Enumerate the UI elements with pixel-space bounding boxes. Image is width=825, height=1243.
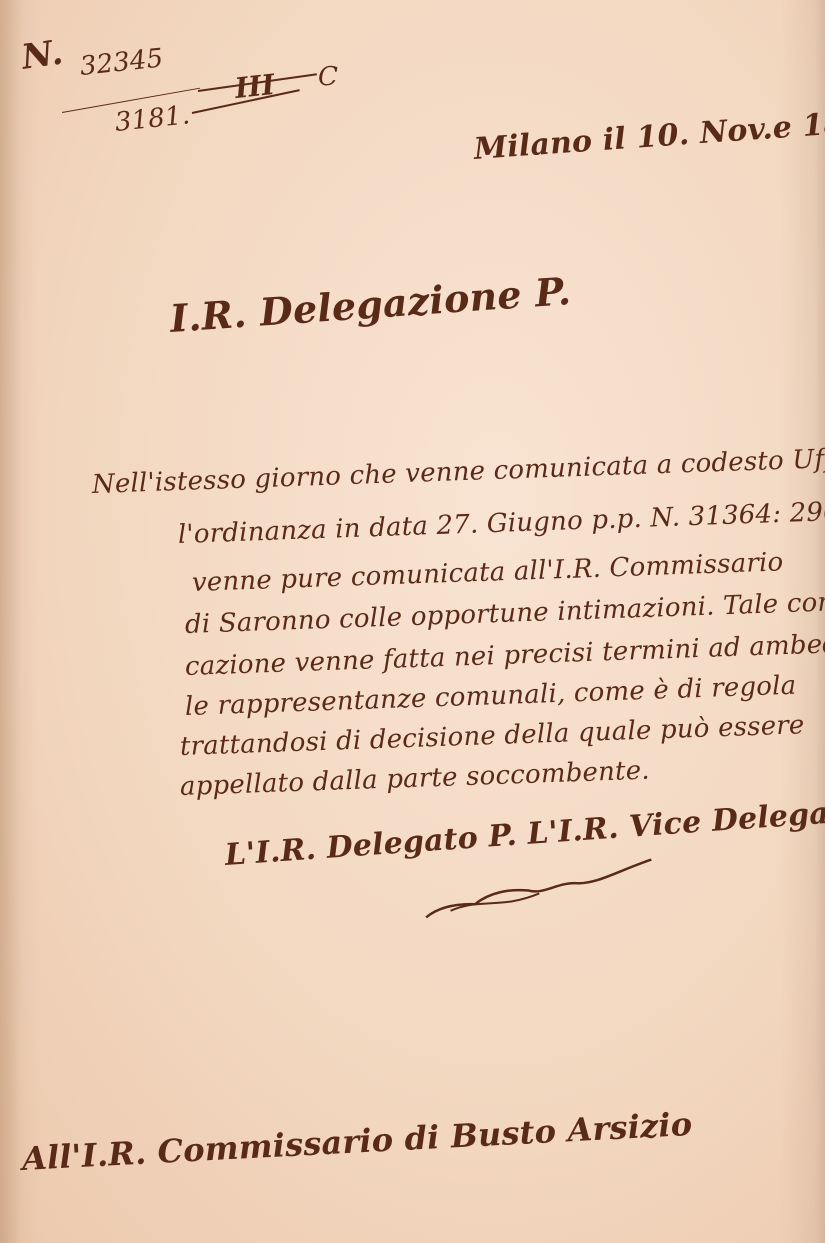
sub-number: 3181.: [113, 100, 191, 138]
body-line-2: l'ordinanza in data 27. Giugno p.p. N. 3…: [177, 496, 825, 550]
document-page: N. 32345 3181. III C Milano il 10. Nov.e…: [0, 0, 825, 1243]
salutation: I.R. Delegazione P.: [168, 268, 572, 341]
paper-edge-left: [0, 0, 22, 1243]
body-line-3: venne pure comunicata all'I.R. Commissar…: [191, 547, 783, 598]
body-line-1: Nell'istesso giorno che venne comunicata…: [91, 442, 825, 500]
closing: L'I.R. Delegato P. L'I.R. Vice Delegato: [224, 793, 825, 873]
body-line-8: appellato dalla parte soccombente.: [179, 756, 650, 802]
protocol-number: 32345: [78, 43, 164, 82]
signature: [417, 853, 662, 936]
place-date: Milano il 10. Nov.e 1834.: [473, 102, 825, 167]
signature-flourish-icon: [417, 853, 661, 928]
paper-edge-right: [815, 0, 825, 1243]
class-letter: C: [318, 62, 338, 92]
header-mark: N.: [19, 32, 65, 77]
addressee: All'I.R. Commissario di Busto Arsizio: [21, 1105, 693, 1178]
